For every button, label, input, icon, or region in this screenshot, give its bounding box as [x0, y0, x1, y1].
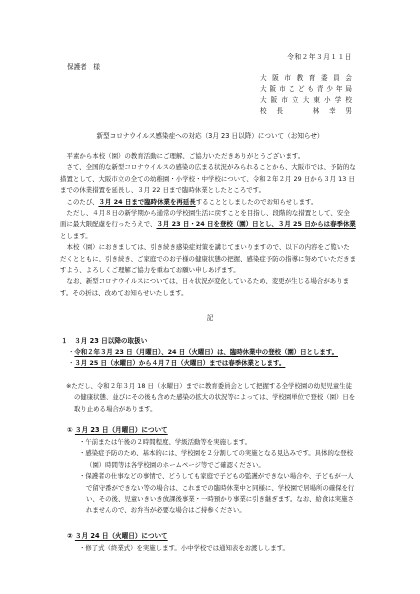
ki-heading: 記	[0, 313, 420, 324]
char: 市	[279, 84, 286, 95]
list-item: ・修了式（終業式）を実施します。小中学校では通知表をお渡しします。	[79, 543, 359, 554]
list-item: ・３月 25 日（水曜日）から４月７日（火曜日）までは春季休業とします。	[68, 358, 358, 369]
paragraph-schedule: ただし、４月８日の新学期から通常の学校園生活に戻すことを目指し、段階的な措置とし…	[60, 208, 356, 242]
char: 林	[313, 106, 320, 117]
circled-number: ①	[67, 426, 73, 434]
char: 東	[313, 95, 320, 106]
char: 校	[345, 95, 352, 106]
highlight-schedule: ３月 23 日・24 日を登校（園）日とし、３月 25 日からは春季休業	[156, 220, 355, 228]
text: 並びにその後も含めた感染の拡大の状況等によっては、学校園単位で登校（園）日を取り…	[74, 393, 355, 412]
paragraph-background: さて、全国的な新型コロナウイルスの感染の広まる状況がみられることから、大阪市では…	[60, 162, 356, 196]
section1-note: ※ただし、令和２年３月 18 日（水曜日）までに教育委員会として把握する全学校園…	[66, 381, 358, 415]
char: 男	[345, 106, 352, 117]
section1-bullets: ・令和２年３月 23 日（月曜日）、24 日（火曜日）は、臨時休業中の登校（園）…	[68, 347, 358, 370]
char: ど	[298, 84, 305, 95]
bullet-text: 感染症予防のため、基本的には、学校園を２分割しての実施となる見込みです。具体的な…	[85, 449, 353, 468]
bullet-text: 午前または午後の２時間程度、学級活動等を実施します。	[85, 438, 251, 446]
char: 教	[297, 73, 304, 84]
sender-block: 大 阪 市 教 育 委 員 会 大 阪 市 こ ど も 青 少 年 局 大 阪 …	[260, 73, 352, 117]
char: 市	[284, 73, 291, 84]
char: 幸	[329, 106, 336, 117]
char: 大	[260, 73, 267, 84]
char: 大	[260, 84, 267, 95]
body-text: 平素から本校（園）の教育活動にご理解、ご協力いただきありがとうございます。 さて…	[60, 151, 356, 299]
paragraph-extension: このたび、３月 24 日まで臨時休業を再延長することとしましたのでお知らせします…	[60, 197, 356, 208]
addressee: 保護者 様	[67, 62, 100, 73]
sub1-title: ① ３月 23 日（月曜日）について	[67, 425, 168, 436]
paragraph-greeting: 平素から本校（園）の教育活動にご理解、ご協力いただきありがとうございます。	[60, 151, 356, 162]
bullet-text: 保護者の仕事などの事情で、どうしても家庭で子どもの監護ができない場合や、子どもが…	[85, 472, 354, 514]
sender-line-principal: 校 長 林 幸 男	[260, 106, 352, 117]
list-item: ・午前または午後の２時間程度、学級活動等を実施します。	[79, 437, 359, 448]
char: こ	[288, 84, 295, 95]
char: 年	[336, 84, 343, 95]
char: 小	[324, 95, 331, 106]
char: 委	[321, 73, 328, 84]
document-page: 令和２年３月１１日 保護者 様 大 阪 市 教 育 委 員 会 大 阪 市 こ …	[0, 0, 420, 594]
char: 長	[276, 106, 283, 117]
char: 阪	[271, 95, 278, 106]
char: 局	[345, 84, 352, 95]
char: 阪	[269, 84, 276, 95]
paragraph-request: 本校（園）におきましては、引き続き感染症対策を講じてまいりますので、以下の内容を…	[60, 242, 356, 276]
char: 市	[281, 95, 288, 106]
char: 阪	[272, 73, 279, 84]
char: 少	[326, 84, 333, 95]
list-item: ・保護者の仕事などの事情で、どうしても家庭で子どもの監護ができない場合や、子ども…	[79, 471, 359, 517]
section1-title: １ ３月 23 日以降の取扱い	[61, 336, 147, 347]
document-date: 令和２年３月１１日	[287, 52, 352, 63]
char: 立	[292, 95, 299, 106]
spacer	[293, 106, 303, 117]
list-item: ・令和２年３月 23 日（月曜日）、24 日（火曜日）は、臨時休業中の登校（園）…	[68, 347, 358, 358]
note-text: ※ただし、令和２年３月 18 日（水曜日）までに教育委員会として把握する全学校園…	[66, 381, 358, 415]
sub-title-text: ３月 24 日（火曜日）について	[75, 532, 168, 540]
char: 育	[309, 73, 316, 84]
list-item: ・感染症予防のため、基本的には、学校園を２分割しての実施となる見込みです。具体的…	[79, 448, 359, 471]
text: このたび、	[67, 198, 99, 206]
sub1-bullets: ・午前または午後の２時間程度、学級活動等を実施します。 ・感染症予防のため、基本…	[79, 437, 359, 517]
bullet-text: ３月 25 日（水曜日）から４月７日（火曜日）までは春季休業とします。	[74, 359, 285, 367]
sender-line-youth-bureau: 大 阪 市 こ ど も 青 少 年 局	[260, 84, 352, 95]
sub2-bullets: ・修了式（終業式）を実施します。小中学校では通知表をお渡しします。	[79, 543, 359, 554]
highlight-extension: ３月 24 日まで臨時休業を再延長	[98, 198, 195, 206]
sub2-title: ② ３月 24 日（火曜日）について	[67, 531, 168, 542]
paragraph-notice: なお、新型コロナウイルスについては、日々状況が変化しているため、変更が生じる場合…	[60, 276, 356, 299]
bullet-text: 修了式（終業式）を実施します。小中学校では通知表をお渡しします。	[85, 544, 288, 552]
char: 学	[335, 95, 342, 106]
sub-title-text: ３月 23 日（月曜日）について	[75, 426, 168, 434]
char: 会	[345, 73, 352, 84]
circled-number: ②	[67, 532, 73, 540]
char: も	[307, 84, 314, 95]
text: とします。	[60, 232, 92, 240]
char: 校	[260, 106, 267, 117]
bullet-text: 令和２年３月 23 日（月曜日）、24 日（火曜日）は、臨時休業中の登校（園）日…	[74, 348, 338, 356]
char: 大	[303, 95, 310, 106]
document-title: 新型コロナウイルス感染症への対応（3月 23 日以降）について（お知らせ）	[0, 131, 420, 142]
char: 員	[333, 73, 340, 84]
sender-line-board: 大 阪 市 教 育 委 員 会	[260, 73, 352, 84]
char: 大	[260, 95, 267, 106]
char: 青	[317, 84, 324, 95]
text: することとしましたのでお知らせします。	[196, 198, 318, 206]
sender-line-school: 大 阪 市 立 大 東 小 学 校	[260, 95, 352, 106]
